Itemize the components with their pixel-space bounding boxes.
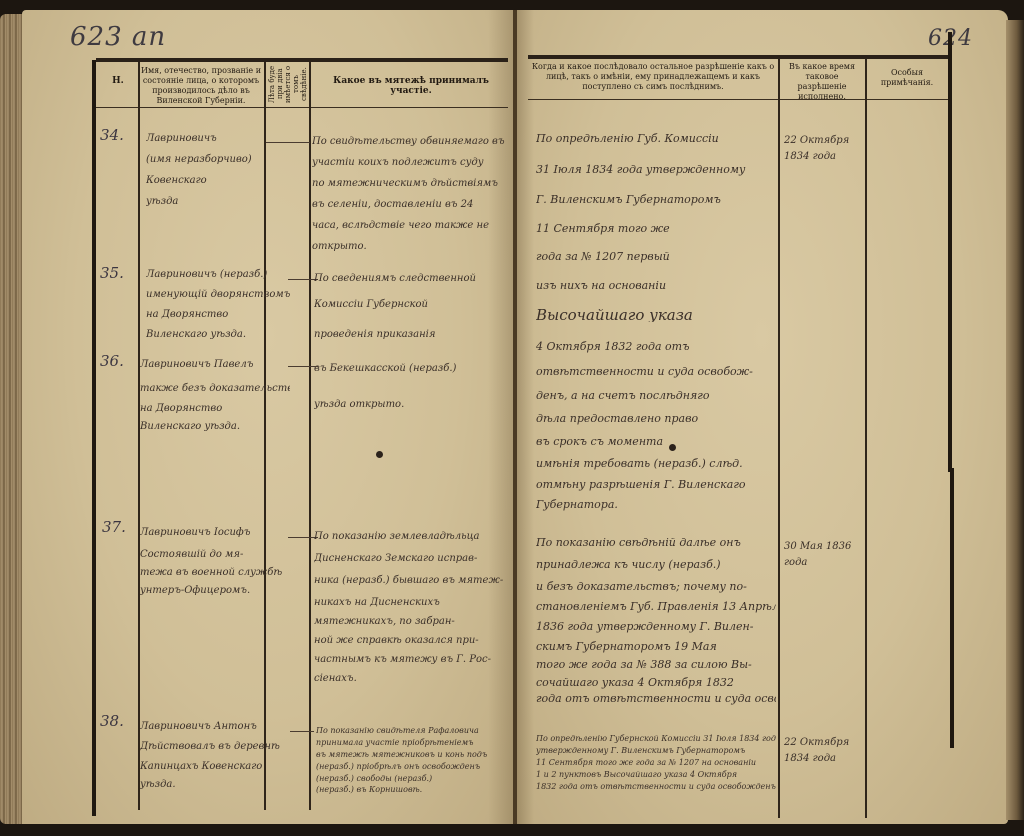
- entry-participation-line: сіенахъ.: [314, 672, 514, 686]
- entry-decision-line: въ срокъ съ момента: [536, 435, 776, 449]
- entry-executed-date: 22 Октября: [784, 736, 874, 750]
- entry-executed-date: 22 Октября: [784, 134, 874, 148]
- entry-decision-line: 4 Октября 1832 года отъ: [536, 340, 776, 354]
- entry-decision-line: отмѣну разрѣшенія Г. Виленскаго: [536, 478, 776, 492]
- entry-participation-line: (неразб.) въ Корнишовѣ.: [316, 785, 516, 795]
- entry-decision-line: 11 Сентября того же года за № 1207 на ос…: [536, 758, 776, 768]
- entry-decision-line: дѣла предоставлено право: [536, 412, 776, 426]
- entry-name-line: Лавриновичъ: [146, 132, 296, 146]
- entry-participation-line: часа, вслѣдствіе чего также не: [312, 219, 512, 233]
- entry-decision-line: По показанію свѣдѣній далѣе онъ: [536, 536, 776, 550]
- entry-decision-line: утвержденному Г. Виленскимъ Губернатором…: [536, 746, 776, 756]
- empty-age-dash: [288, 366, 318, 367]
- entry-name-line: Дѣйствовалъ въ деревнѣ: [140, 740, 290, 754]
- entry-name-line: на Дворянство: [140, 402, 290, 416]
- entry-number-35: 35.: [100, 266, 124, 280]
- entry-executed-date: 30 Мая 1836: [784, 540, 874, 554]
- entry-decision-line: 1836 года утвержденному Г. Вилен-: [536, 620, 776, 634]
- right-page-stack-edge: [1006, 20, 1024, 820]
- entry-decision-line: По опредѣленію Губ. Комиссіи: [536, 132, 776, 146]
- entry-decision-line: года отъ отвѣтственности и суда освобожд…: [536, 692, 776, 706]
- entry-participation-line: въ мятежѣ мятежниковъ и конь подъ: [316, 750, 516, 760]
- entry-name-line: Лавриновичъ Іосифъ: [140, 526, 290, 540]
- entry-decision-line: 11 Сентября того же: [536, 222, 776, 236]
- column-divider-executed: [865, 58, 867, 818]
- ink-blot: [376, 451, 383, 458]
- entry-name-line: уѣзда: [146, 195, 296, 209]
- header-name: Имя, отечество, прозваніе и состояніе ли…: [140, 66, 262, 106]
- column-divider-age: [309, 62, 311, 810]
- entry-participation-line: проведенія приказанія: [314, 328, 514, 342]
- entry-decision-line: 1 и 2 пунктовъ Высочайшаго указа 4 Октяб…: [536, 770, 776, 780]
- entry-decision-line: становленіемъ Губ. Правленія 13 Апрѣля: [536, 600, 776, 614]
- empty-age-dash: [290, 731, 314, 732]
- entry-decision-line: По опредѣленію Губернской Комиссіи 31 Ію…: [536, 734, 776, 744]
- entry-number-34: 34.: [100, 128, 124, 142]
- entry-name-line: тежа въ военной службѣ: [140, 566, 290, 580]
- entry-name-line: Лавриновичъ Павелъ: [140, 358, 290, 372]
- entry-name-line: (имя неразборчиво): [146, 153, 296, 167]
- entry-name-line: Ковенскаго: [146, 174, 296, 188]
- ink-blot: [669, 444, 676, 451]
- entry-decision-line: того же года за № 388 за силою Вы-: [536, 658, 776, 672]
- header-decision: Когда и какое послѣдовало остальное разр…: [530, 62, 776, 92]
- entry-name-line: Лавриновичъ Антонъ: [140, 720, 290, 734]
- entry-decision-line: Высочайшаго указа: [536, 308, 776, 322]
- entry-name-line: унтеръ-Офицеромъ.: [140, 584, 290, 598]
- right-table-border-lower: [950, 468, 954, 748]
- header-notes: Особыя примѣчанія.: [868, 68, 946, 88]
- header-age: Лѣта буде при двіа имѣется о томъ свѣдѣн…: [268, 64, 306, 104]
- entry-participation-line: По показанію свидѣтеля Рафаловича: [316, 726, 516, 736]
- entry-executed-date: 1834 года: [784, 752, 874, 766]
- entry-participation-line: Дисненскаго Земскаго исправ-: [314, 552, 514, 566]
- entry-participation-line: мятежникахъ, по забран-: [314, 615, 514, 629]
- entry-participation-line: по мятежническимъ дѣйствіямъ: [312, 177, 512, 191]
- entry-decision-line: принадлежа къ числу (неразб.): [536, 558, 776, 572]
- entry-decision-line: изъ нихъ на основаніи: [536, 279, 776, 293]
- entry-name-line: на Дворянство: [146, 308, 296, 322]
- header-number: Н.: [100, 76, 136, 86]
- entry-name-line: Виленскаго уѣзда.: [140, 420, 290, 434]
- entry-participation-line: никахъ на Дисненскихъ: [314, 596, 514, 610]
- entry-participation-line: въ селеніи, доставленіи въ 24: [312, 198, 512, 212]
- entry-participation-line: ника (неразб.) бывшаго въ мятеж-: [314, 574, 514, 588]
- entry-name-line: также безъ доказательства: [140, 382, 290, 396]
- entry-participation-line: По свидѣтельству обвиняемаго въ: [312, 135, 512, 149]
- entry-participation-line: По показанію землевладѣльца: [314, 530, 514, 544]
- header-executed: Въ какое время таковое разрѣшеніе исполн…: [780, 62, 864, 102]
- empty-age-dash: [266, 142, 310, 143]
- entry-participation-line: принимала участіе пріобрѣтеніемъ: [316, 738, 516, 748]
- entry-decision-line: отвѣтственности и суда освобож-: [536, 365, 776, 379]
- column-divider-decision: [778, 58, 780, 818]
- column-divider-number: [138, 62, 140, 810]
- entry-participation-line: (неразб.) свободы (неразб.): [316, 774, 516, 784]
- entry-executed-date: года: [784, 556, 874, 570]
- entry-decision-line: года за № 1207 первый: [536, 250, 776, 264]
- entry-decision-line: 1832 года отъ отвѣтственности и суда осв…: [536, 782, 776, 792]
- entry-participation-line: уѣзда открыто.: [314, 398, 514, 412]
- left-table-border: [92, 60, 96, 816]
- entry-participation-line: участіи коихъ подлежитъ суду: [312, 156, 512, 170]
- entry-number-36: 36.: [100, 354, 124, 368]
- header-bottom-rule-right: [528, 99, 948, 100]
- entry-participation-line: открыто.: [312, 240, 512, 254]
- entry-participation-line: въ Бекешкасской (неразб.): [314, 362, 514, 376]
- entry-executed-date: 1834 года: [784, 150, 874, 164]
- entry-decision-line: сочайшаго указа 4 Октября 1832: [536, 676, 776, 690]
- right-table-border-upper: [948, 32, 952, 472]
- entry-number-38: 38.: [100, 714, 124, 728]
- header-participation: Какое въ мятежѣ принималъ участіе.: [312, 76, 510, 96]
- entry-participation-line: Комиссіи Губернской: [314, 298, 514, 312]
- entry-name-line: Виленскаго уѣзда.: [146, 328, 296, 342]
- entry-decision-line: денъ, а на счетъ послѣдняго: [536, 389, 776, 403]
- book-gutter: [513, 10, 517, 824]
- entry-name-line: Капинцахъ Ковенскаго: [140, 760, 290, 774]
- entry-decision-line: Г. Виленскимъ Губернаторомъ: [536, 193, 776, 207]
- open-ledger-book: 623 ап 624 Н. Имя, отечество, прозваніе …: [0, 0, 1024, 836]
- folio-number-left: 623 ап: [70, 22, 166, 52]
- entry-participation-line: По сведениямъ следственной: [314, 272, 514, 286]
- entry-decision-line: имѣнія требовать (неразб.) слѣд.: [536, 457, 776, 471]
- entry-participation-line: частнымъ къ мятежу въ Г. Рос-: [314, 653, 514, 667]
- header-top-rule-right: [528, 55, 948, 59]
- entry-name-line: уѣзда.: [140, 778, 290, 792]
- entry-participation-line: (неразб.) пріобрѣлъ онъ освобожденъ: [316, 762, 516, 772]
- entry-decision-line: 31 Іюля 1834 года утвержденному: [536, 163, 776, 177]
- entry-number-37: 37.: [102, 520, 126, 534]
- entry-name-line: именующій дворянствомъ: [146, 288, 296, 302]
- header-bottom-rule-left: [96, 107, 508, 108]
- entry-name-line: Лавриновичъ (неразб.): [146, 268, 296, 282]
- entry-name-line: Состоявшій до мя-: [140, 548, 290, 562]
- header-top-rule-left: [96, 58, 508, 62]
- entry-participation-line: ной же справкѣ оказался при-: [314, 634, 514, 648]
- entry-decision-line: и безъ доказательствъ; почему по-: [536, 580, 776, 594]
- entry-decision-line: скимъ Губернаторомъ 19 Мая: [536, 640, 776, 654]
- entry-decision-line: Губернатора.: [536, 498, 776, 512]
